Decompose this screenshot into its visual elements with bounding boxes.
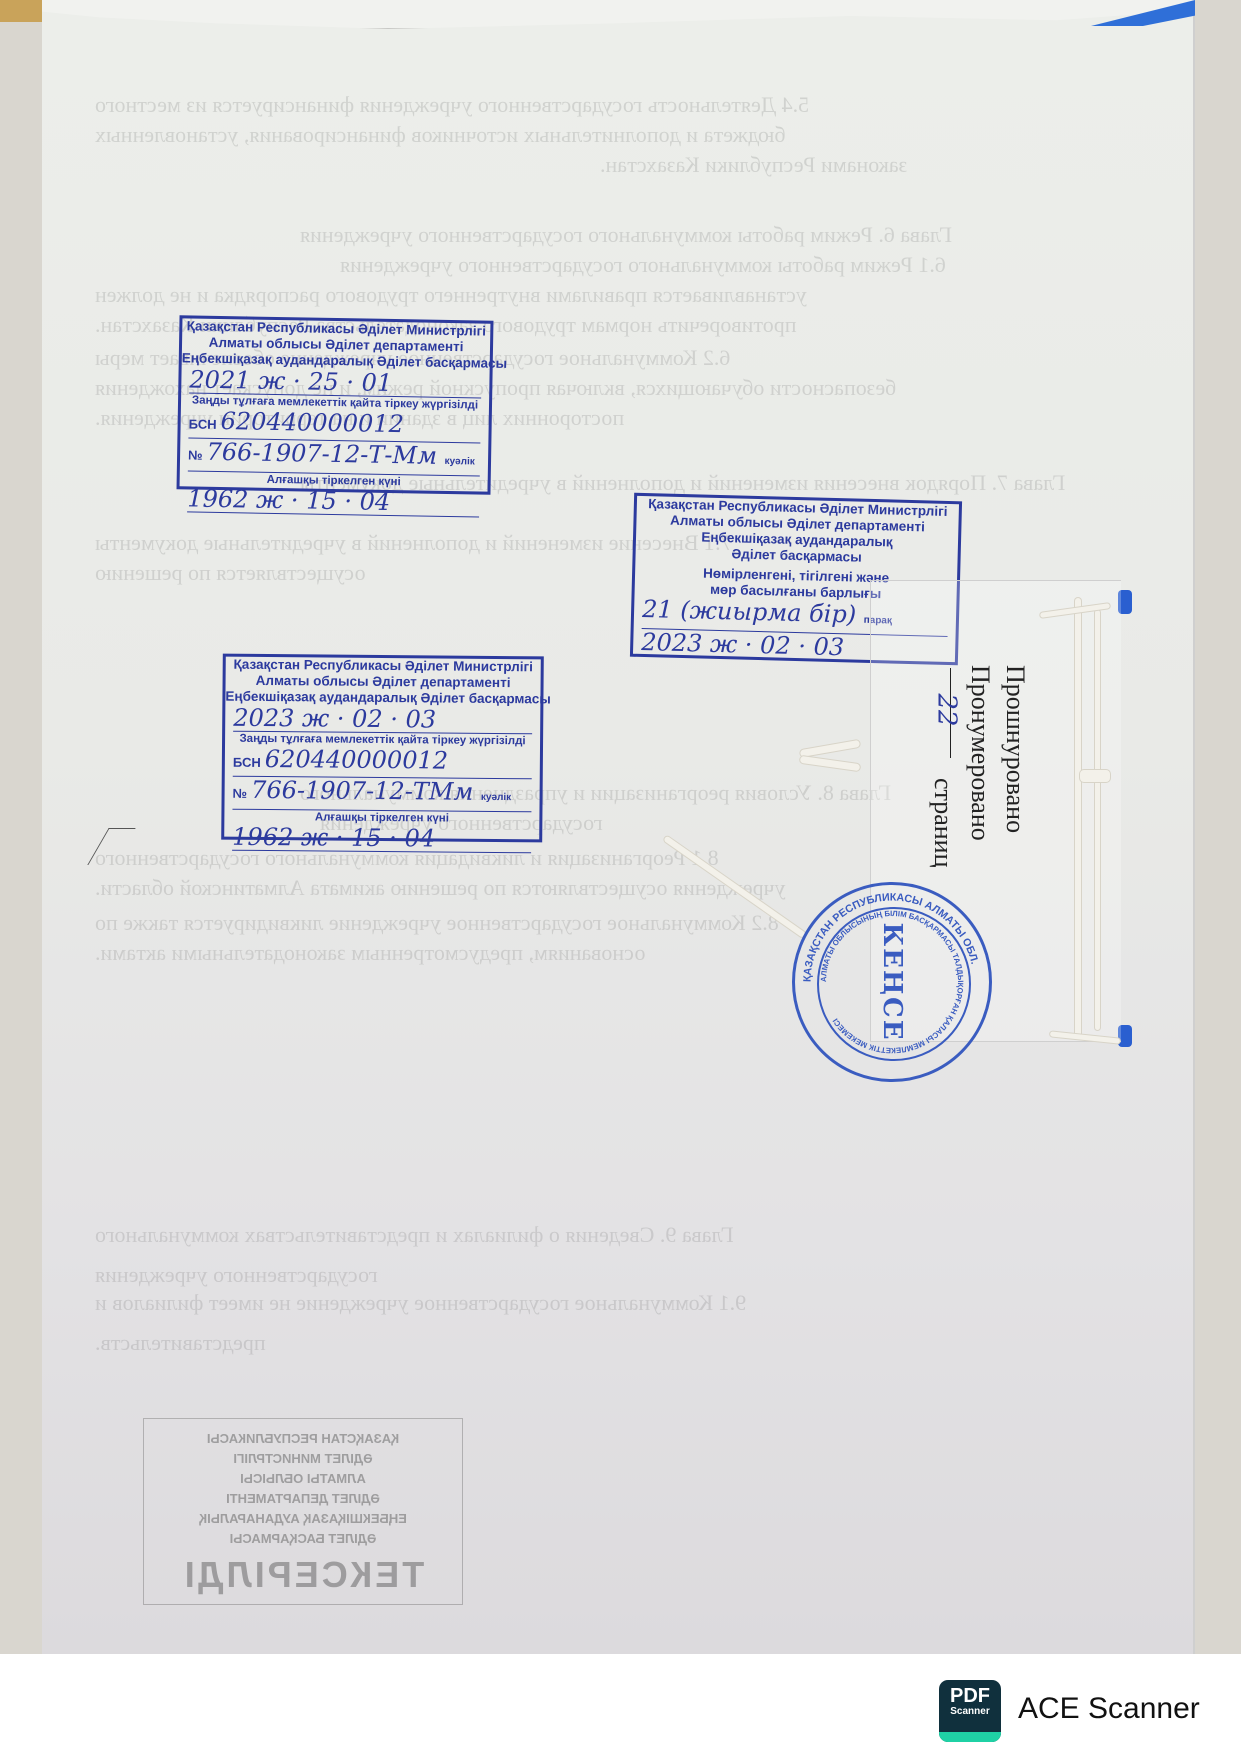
- ghost-verified-stamp: ҚАЗАҚСТАН РЕСПУБЛИКАСЫ ӘДІЛЕТ МИНИСТРЛІГ…: [143, 1418, 463, 1605]
- numbered-label: Пронумеровано: [965, 665, 995, 841]
- ghost-stamp-line: ЕҢБЕКШІҚАЗАҚ АУДАНАРАЛЫҚ: [144, 1509, 462, 1529]
- seal-center-text: КЕҢСЕ: [877, 922, 907, 1041]
- ghost-line: представительств.: [95, 1330, 266, 1356]
- ghost-line: 6.1 Режим работы коммунального государст…: [340, 252, 946, 278]
- ghost-stamp-line: ӘДІЛЕТ ДЕПАРТАМЕНТІ: [144, 1489, 462, 1509]
- laced-label: Прошнуровано: [1000, 665, 1030, 833]
- ghost-line: Глава 6. Режим работы коммунального госу…: [300, 222, 952, 248]
- binding-string: [1075, 598, 1081, 1038]
- ghost-line: законами Республики Казахстан.: [600, 152, 907, 178]
- bin-value: 620440000012: [265, 745, 448, 775]
- ghost-line: устанавливается правилами внутреннего тр…: [95, 282, 807, 308]
- registration-stamp-2023: Қазақстан Республикасы Әділет Министрліг…: [221, 654, 544, 843]
- registration-stamp-2021: Қазақстан Республикасы Әділет Министрліг…: [177, 315, 494, 494]
- ghost-stamp-title: ТЕКСЕРІЛДІ: [144, 1553, 462, 1597]
- logo-bottom-text: Scanner: [939, 1706, 1001, 1718]
- brand-name: ACE Scanner: [1018, 1692, 1200, 1726]
- ghost-line: Глава 9. Сведения о филиалах и представи…: [95, 1222, 734, 1248]
- registration-number: 766-1907-12-ТМм: [251, 776, 473, 806]
- ghost-line: государственного учреждения: [95, 1262, 378, 1288]
- ghost-stamp-line: АЛМАТЫ ОБЛЫСЫ: [144, 1469, 462, 1489]
- ghost-line: 8.2 Коммунальное государственное учрежде…: [95, 910, 779, 936]
- first-registration-date: 1962 ж · 15 · 04: [187, 485, 479, 517]
- handwritten-page-count: 21 (жиырма бір): [642, 595, 857, 629]
- first-registration-date: 1962 ж · 15 · 04: [232, 824, 531, 854]
- handwritten-page-total: 22: [932, 693, 962, 726]
- binding-knot: [1080, 770, 1110, 782]
- ghost-line: 9.1 Коммунальное государственное учрежде…: [95, 1290, 746, 1316]
- number-suffix: куәлік: [444, 456, 474, 468]
- ghost-line: основаниям, предусмотренным законодатель…: [95, 940, 645, 966]
- number-suffix: куәлік: [481, 792, 511, 803]
- logo-accent-bar: [939, 1732, 1001, 1742]
- ghost-stamp-line: ҚАЗАҚСТАН РЕСПУБЛИКАСЫ: [144, 1429, 462, 1449]
- binding-string: [1095, 610, 1100, 1030]
- round-office-seal: ҚАЗАҚСТАН РЕСПУБЛИКАСЫ АЛМАТЫ ОБЛ. АЛМАТ…: [792, 882, 992, 1082]
- ghost-stamp-line: ӘДІЛЕТ МИНИСТРЛІГІ: [144, 1449, 462, 1469]
- bin-label: БСН: [233, 755, 261, 770]
- pdf-scanner-logo-icon: PDF Scanner: [939, 1680, 1001, 1742]
- number-label: №: [188, 447, 203, 462]
- ghost-line: 5.4 Деятельность государственного учрежд…: [95, 92, 809, 118]
- bin-label: БСН: [189, 416, 217, 431]
- ghost-line: бюджета и дополнительных источников фина…: [95, 122, 786, 148]
- ghost-stamp-line: ӘДІЛЕТ БАСҚАРМАСЫ: [144, 1529, 462, 1549]
- handwritten-date: 2023 ж · 02 · 03: [233, 705, 532, 735]
- bin-value: 620440000012: [220, 407, 404, 438]
- ghost-line: осуществляется по решению: [95, 560, 366, 586]
- pages-label: страниц: [928, 778, 958, 868]
- registration-number: 766-1907-12-Т-Мм: [206, 438, 437, 470]
- number-label: №: [233, 786, 248, 801]
- logo-top-text: PDF: [939, 1686, 1001, 1706]
- ghost-line: учреждения осуществляются по решению аки…: [95, 875, 786, 901]
